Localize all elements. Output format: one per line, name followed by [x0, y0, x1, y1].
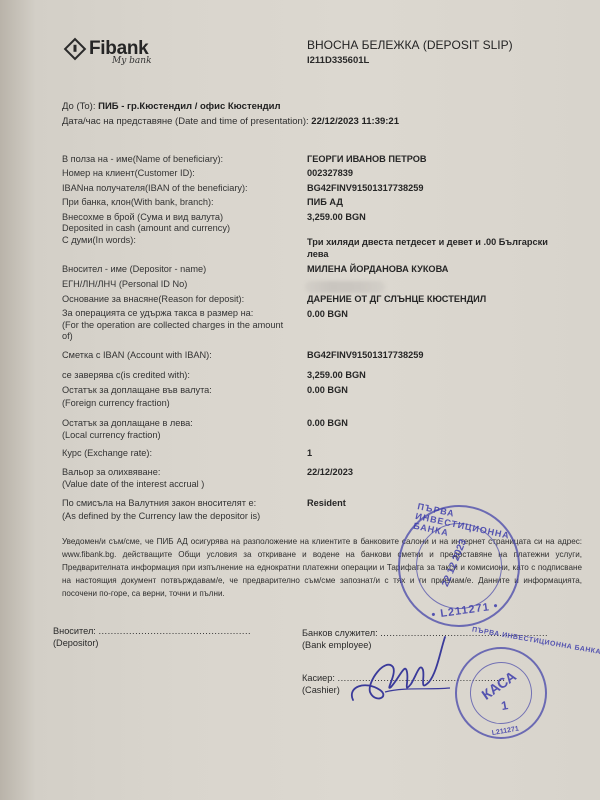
value-date: 22/12/2023 [307, 467, 353, 479]
cashier-signature-label: Касиер: [302, 673, 335, 683]
exchange-rate: 1 [307, 448, 312, 460]
field-label-currency-law: По смисъла на Валутния закон вносителят … [62, 498, 256, 510]
cashier-stamp-code: L211271 [491, 726, 519, 738]
foreign-fraction: 0.00 BGN [307, 385, 348, 397]
to-label: До (To): [62, 101, 95, 112]
field-label-bank-branch: При банка, клон(With bank, branch): [62, 197, 214, 209]
bank-stamp: ПЪРВА ИНВЕСТИЦИОННА БАНКА 22 12 2023 • L… [390, 497, 528, 635]
field-label-account-iban: Сметка с IBAN (Account with IBAN): [62, 350, 212, 362]
document-title: ВНОСНА БЕЛЕЖКА (DEPOSIT SLIP) [307, 38, 513, 52]
field-label-foreign-fraction: Остатък за доплащане във валута: [62, 385, 212, 397]
cashier-stamp: ПЪРВА ИНВЕСТИЦИОННА БАНКА АД КАСА 1 L211… [448, 640, 555, 747]
bank-branch: ПИБ АД [307, 197, 343, 209]
depositor-signature-line: Вносител: ..............................… [53, 626, 251, 638]
datetime-label: Дата/час на представяне (Date and time o… [62, 116, 309, 127]
account-iban: BG42FINV91501317738259 [307, 350, 423, 362]
customer-id: 002327839 [307, 168, 353, 180]
field-label-credited-with: се заверява с(is credited with): [62, 370, 190, 382]
field-label-in-words: С думи(In words): [62, 235, 136, 247]
field-label-foreign-fraction-en: (Foreign currency fraction) [62, 398, 170, 410]
field-label-depositor-name: Вносител - име (Depositor - name) [62, 264, 206, 276]
field-label-local-fraction: Остатък за доплащане в лева: [62, 418, 193, 430]
local-fraction: 0.00 BGN [307, 418, 348, 430]
field-label-value-date: Вальор за олихвяване: [62, 467, 160, 479]
residency-status: Resident [307, 498, 346, 510]
field-label-local-fraction-en: (Local currency fraction) [62, 430, 161, 442]
to-line: До (To): ПИБ - гр.Кюстендил / офис Кюсте… [62, 101, 281, 112]
brand-tagline: My bank [112, 56, 152, 66]
field-label-exchange-rate: Курс (Exchange rate): [62, 448, 152, 460]
credited-amount: 3,259.00 BGN [307, 370, 366, 382]
depositor-signature-label-en: (Depositor) [53, 638, 98, 650]
deposited-amount: 3,259.00 BGN [307, 212, 366, 224]
deposit-reason: ДАРЕНИЕ ОТ ДГ СЛЪНЦЕ КЮСТЕНДИЛ [307, 294, 486, 306]
field-label-personal-id: ЕГН/ЛН/ЛНЧ (Personal ID No) [62, 279, 187, 291]
beneficiary-name: ГЕОРГИ ИВАНОВ ПЕТРОВ [307, 154, 427, 166]
field-label-value-date-en: (Value date of the interest accrual ) [62, 479, 204, 491]
to-value: ПИБ - гр.Кюстендил / офис Кюстендил [98, 101, 280, 112]
amount-in-words-cont: лева [307, 249, 328, 261]
field-label-customer-id: Номер на клиент(Customer ID): [62, 168, 195, 180]
field-label-deposited-amount: Внесохме в брой (Сума и вид валута) [62, 212, 223, 224]
fibank-diamond-icon [64, 38, 87, 61]
charges-amount: 0.00 BGN [307, 309, 348, 321]
field-label-charges-en-2: of) [62, 331, 73, 343]
field-label-reason: Основание за внасяне(Reason for deposit)… [62, 294, 244, 306]
datetime-value: 22/12/2023 11:39:21 [311, 116, 399, 127]
cashier-signature-label-en: (Cashier) [302, 685, 340, 697]
datetime-line: Дата/час на представяне (Date and time o… [62, 116, 399, 127]
amount-in-words: Три хиляди двеста петдесет и девет и .00… [307, 237, 548, 249]
deposit-slip-page: Fibank My bank ВНОСНА БЕЛЕЖКА (DEPOSIT S… [0, 0, 600, 800]
field-label-charges-en: (For the operation are collected charges… [62, 320, 283, 332]
beneficiary-iban: BG42FINV91501317738259 [307, 183, 423, 195]
depositor-signature-label: Вносител: [53, 626, 96, 636]
field-label-currency-law-en: (As defined by the Currency law the depo… [62, 511, 260, 523]
field-label-deposited-amount-en: Deposited in cash (amount and currency) [62, 223, 230, 235]
depositor-signature-dots: ........................................… [98, 626, 251, 636]
depositor-name: МИЛЕНА ЙОРДАНОВА КУКОВА [307, 264, 448, 276]
personal-id-redacted [305, 281, 385, 293]
handwritten-signature [345, 632, 455, 712]
field-label-beneficiary: В полза на - име(Name of beneficiary): [62, 154, 223, 166]
field-label-beneficiary-iban: IBANна получателя(IBAN of the beneficiar… [62, 183, 248, 195]
document-number: I211D335601L [307, 55, 369, 66]
field-label-charges: За операцията се удържа такса в размер н… [62, 308, 253, 320]
